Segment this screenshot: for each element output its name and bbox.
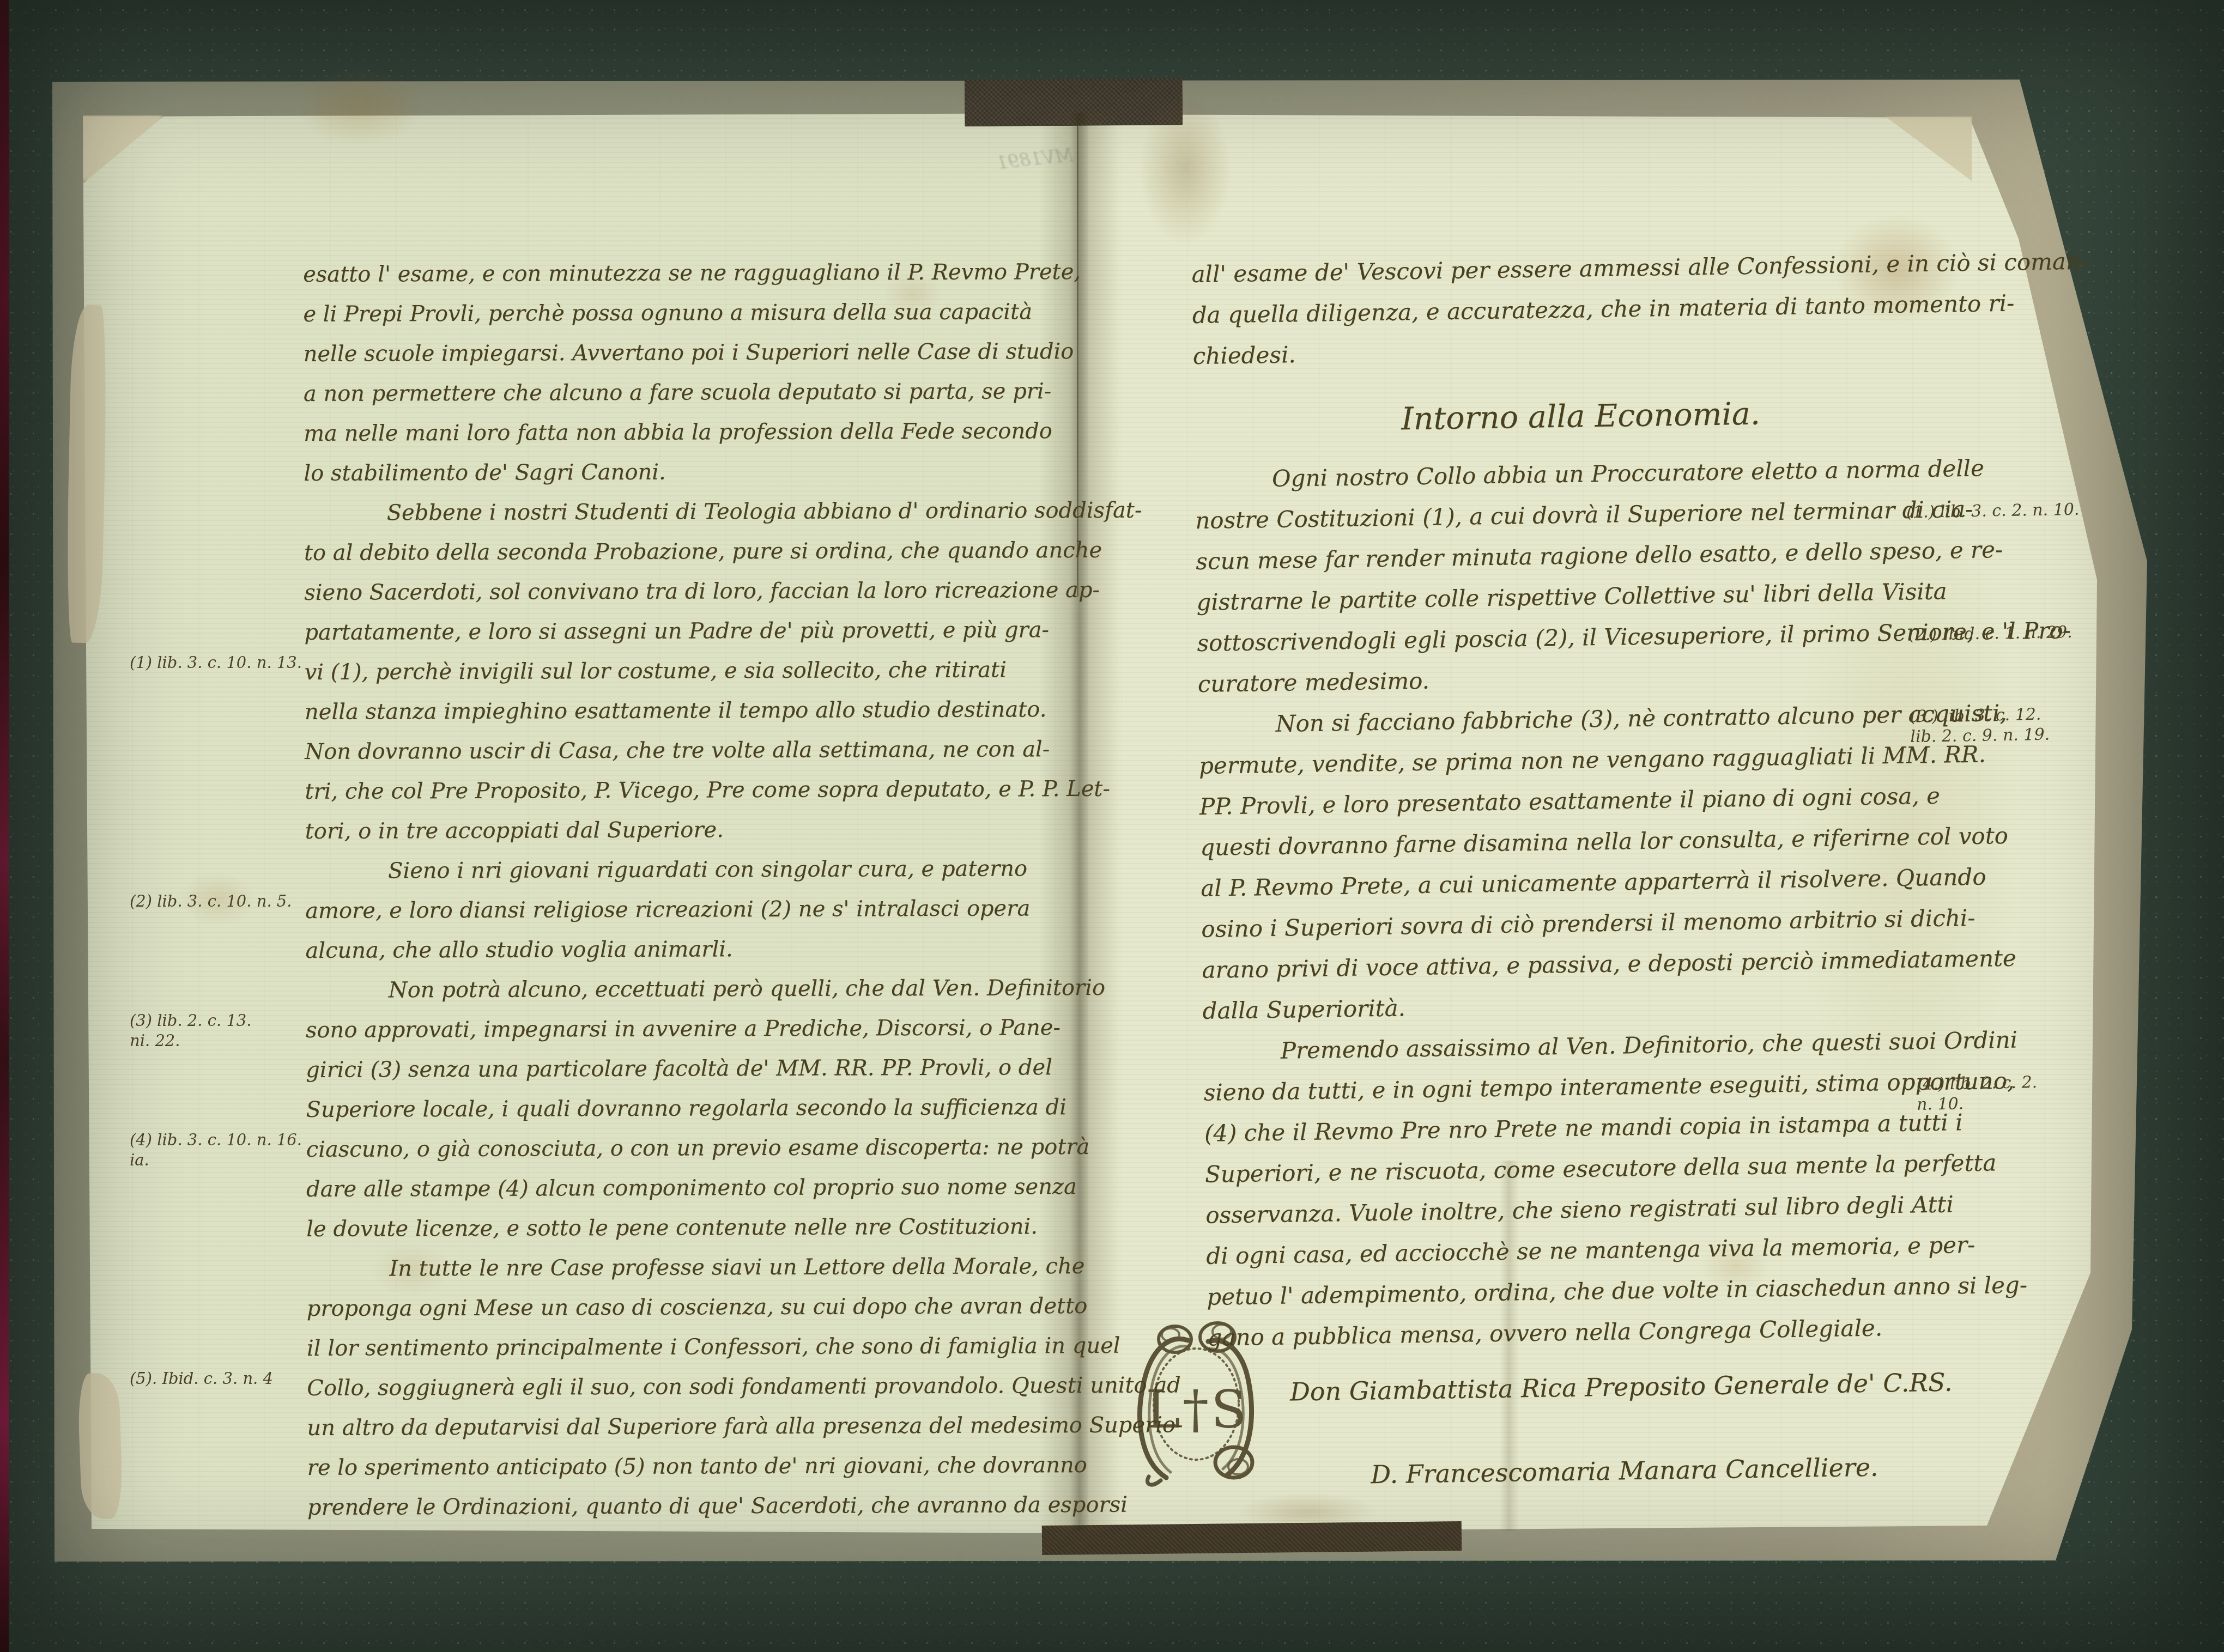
text-line: Non dovranno uscir di Casa, che tre volt… [305, 730, 1068, 772]
text-line: tori, o in tre accoppiati dal Superiore. [305, 809, 1068, 852]
margin-note: (3) lib. 2. c. 13. ni. 22. [130, 1011, 252, 1051]
text-line: un altro da deputarvisi dal Superiore fa… [307, 1406, 1070, 1448]
text-line: sieno Sacerdoti, sol convivano tra di lo… [304, 570, 1067, 613]
text-line: re lo sperimento anticipato (5) non tant… [307, 1445, 1070, 1488]
margin-note: (4) lib. 3. c. 10. n. 16. ia. [130, 1130, 302, 1170]
text-line: tri, che col Pre Proposito, P. Vicego, P… [305, 769, 1068, 812]
text-line: e li Prepi Provli, perchè possa ognuno a… [303, 292, 1066, 335]
margin-note: (2) lib. 3. c. 10. n. 5. [130, 891, 292, 912]
torn-paper-guard [77, 1372, 123, 1520]
text-line: il lor sentimento principalmente i Confe… [307, 1326, 1070, 1369]
text-line: In tutte le nre Case professe siavi un L… [306, 1247, 1069, 1289]
text-line: Collo, soggiugnerà egli il suo, con sodi… [307, 1366, 1070, 1408]
text-line: lo stabilimento de' Sagri Canoni. [304, 451, 1066, 494]
text-line: dare alle stampe (4) alcun componimento … [306, 1167, 1069, 1210]
signature-preposito-generale: Don Giambattista Rica Preposito Generale… [1208, 1361, 1982, 1414]
text-line: sono approvati, impegnarsi in avvenire a… [306, 1008, 1069, 1050]
text-line: ma nelle mani loro fatta non abbia la pr… [304, 411, 1066, 454]
text-line: le dovute licenze, e sotto le pene conte… [306, 1207, 1069, 1249]
text-line: ciascuno, o già conosciuta, o con un pre… [306, 1127, 1069, 1170]
text-line: amore, e loro diansi religiose ricreazio… [305, 889, 1068, 931]
right-page-text-block: all' esame de' Vescovi per essere ammess… [1191, 242, 1984, 1498]
left-page-margin-notes: (1) lib. 3. c. 10. n. 13.(2) lib. 3. c. … [130, 255, 310, 1541]
monogram-emblem: L†S [1118, 1292, 1276, 1499]
text-line: nelle scuole impiegarsi. Avvertano poi i… [304, 332, 1066, 374]
text-line: a non permettere che alcuno a fare scuol… [304, 372, 1066, 414]
text-line: esatto l' esame, e con minutezza se ne r… [303, 252, 1066, 295]
left-page-text-block: esatto l' esame, e con minutezza se ne r… [303, 252, 1070, 1528]
text-line: girici (3) senza una particolare facoltà… [306, 1048, 1069, 1090]
text-line: vi (1), perchè invigili sul lor costume,… [305, 650, 1068, 693]
text-line: Sieno i nri giovani riguardati con singo… [305, 849, 1068, 891]
text-line: proponga ogni Mese un caso di coscienza,… [307, 1286, 1070, 1329]
emblem-letters: L†S [1146, 1379, 1249, 1440]
margin-note: (4.) lib. 2. c. 2. n. 10. [1916, 1072, 2038, 1115]
text-line: Non potrà alcuno, eccettuati però quelli… [306, 968, 1069, 1011]
text-line: Superiore locale, i quali dovranno regol… [306, 1088, 1069, 1130]
margin-note: (1) lib. 3. c. 10. n. 13. [130, 653, 302, 673]
text-line: to al debito della seconda Probazione, p… [304, 531, 1067, 573]
text-line: alcuna, che allo studio voglia animarli. [305, 928, 1068, 971]
text-line: nella stanza impieghino esattamente il t… [305, 690, 1068, 732]
margin-note: (5). Ibid. c. 3. n. 4 [130, 1369, 273, 1389]
margin-note: (1.) lib. 3. c. 2. n. 10. [1906, 500, 2080, 523]
text-line: partatamente, e loro si assegni un Padre… [304, 610, 1067, 653]
photographed-manuscript-spread: esatto l' esame, e con minutezza se ne r… [0, 0, 2224, 1652]
section-heading: Intorno alla Economia. [1193, 365, 1968, 459]
right-page-margin-notes: (1.) lib. 3. c. 2. n. 10.(2.) Ibid. c. 1… [1902, 252, 2174, 1509]
margin-note: (3.) lib. 3. c. 12. lib. 2. c. 9. n. 19. [1910, 704, 2050, 747]
text-line: prendere le Ordinazioni, quanto di que' … [307, 1485, 1070, 1528]
margin-note: (2.) Ibid. c. 1. n. 29. [1908, 622, 2072, 645]
album-spine-edge [0, 0, 9, 1652]
text-line: Sebbene i nostri Studenti di Teologia ab… [304, 491, 1067, 533]
